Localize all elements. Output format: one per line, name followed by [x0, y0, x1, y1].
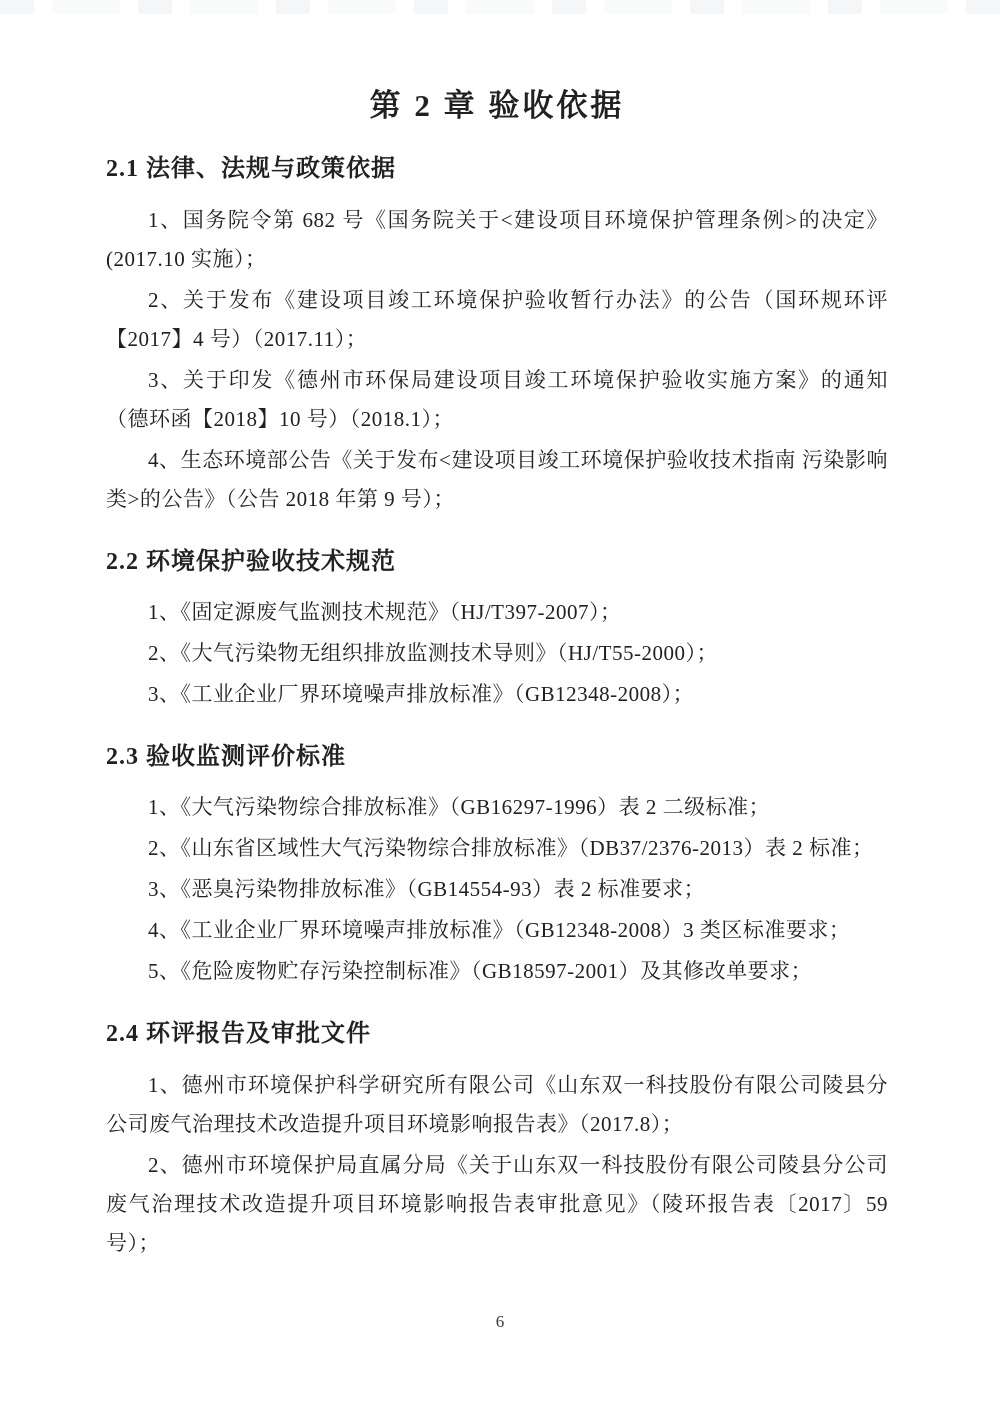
section-heading-2-4: 2.4 环评报告及审批文件: [106, 1018, 888, 1050]
section-heading-2-2: 2.2 环境保护验收技术规范: [106, 546, 888, 578]
list-item: 1、《大气污染物综合排放标准》（GB16297-1996）表 2 二级标准；: [106, 788, 888, 827]
list-item: 5、《危险废物贮存污染控制标准》（GB18597-2001）及其修改单要求；: [106, 952, 888, 991]
section-acceptance-technical-specs: 2.2 环境保护验收技术规范 1、《固定源废气监测技术规范》（HJ/T397-2…: [106, 546, 888, 714]
list-item: 3、关于印发《德州市环保局建设项目竣工环境保护验收实施方案》的通知（德环函【20…: [106, 361, 888, 439]
section-heading-2-1: 2.1 法律、法规与政策依据: [106, 153, 888, 185]
list-item: 3、《恶臭污染物排放标准》（GB14554-93）表 2 标准要求；: [106, 870, 888, 909]
section-legal-policy-basis: 2.1 法律、法规与政策依据 1、国务院令第 682 号《国务院关于<建设项目环…: [106, 153, 888, 518]
list-item: 4、《工业企业厂界环境噪声排放标准》（GB12348-2008）3 类区标准要求…: [106, 911, 888, 950]
section-eia-report-approval-docs: 2.4 环评报告及审批文件 1、德州市环境保护科学研究所有限公司《山东双一科技股…: [106, 1018, 888, 1262]
list-item: 2、关于发布《建设项目竣工环境保护验收暂行办法》的公告（国环规环评【2017】4…: [106, 281, 888, 359]
list-item: 2、德州市环境保护局直属分局《关于山东双一科技股份有限公司陵县分公司废气治理技术…: [106, 1146, 888, 1263]
section-monitoring-evaluation-standards: 2.3 验收监测评价标准 1、《大气污染物综合排放标准》（GB16297-199…: [106, 741, 888, 991]
list-item: 4、生态环境部公告《关于发布<建设项目竣工环境保护验收技术指南 污染影响类>的公…: [106, 441, 888, 519]
document-page: 第 2 章 验收依据 2.1 法律、法规与政策依据 1、国务院令第 682 号《…: [0, 0, 1000, 1413]
list-item: 1、《固定源废气监测技术规范》（HJ/T397-2007）；: [106, 593, 888, 632]
list-item: 1、德州市环境保护科学研究所有限公司《山东双一科技股份有限公司陵县分公司废气治理…: [106, 1066, 888, 1144]
list-item: 2、《山东省区域性大气污染物综合排放标准》（DB37/2376-2013）表 2…: [106, 829, 888, 868]
section-heading-2-3: 2.3 验收监测评价标准: [106, 741, 888, 773]
chapter-title: 第 2 章 验收依据: [106, 0, 888, 126]
list-item: 3、《工业企业厂界环境噪声排放标准》（GB12348-2008）；: [106, 675, 888, 714]
list-item: 2、《大气污染物无组织排放监测技术导则》（HJ/T55-2000）；: [106, 634, 888, 673]
page-number: 6: [0, 1312, 1000, 1332]
page-content: 第 2 章 验收依据 2.1 法律、法规与政策依据 1、国务院令第 682 号《…: [0, 0, 1000, 1263]
list-item: 1、国务院令第 682 号《国务院关于<建设项目环境保护管理条例>的决定》(20…: [106, 201, 888, 279]
